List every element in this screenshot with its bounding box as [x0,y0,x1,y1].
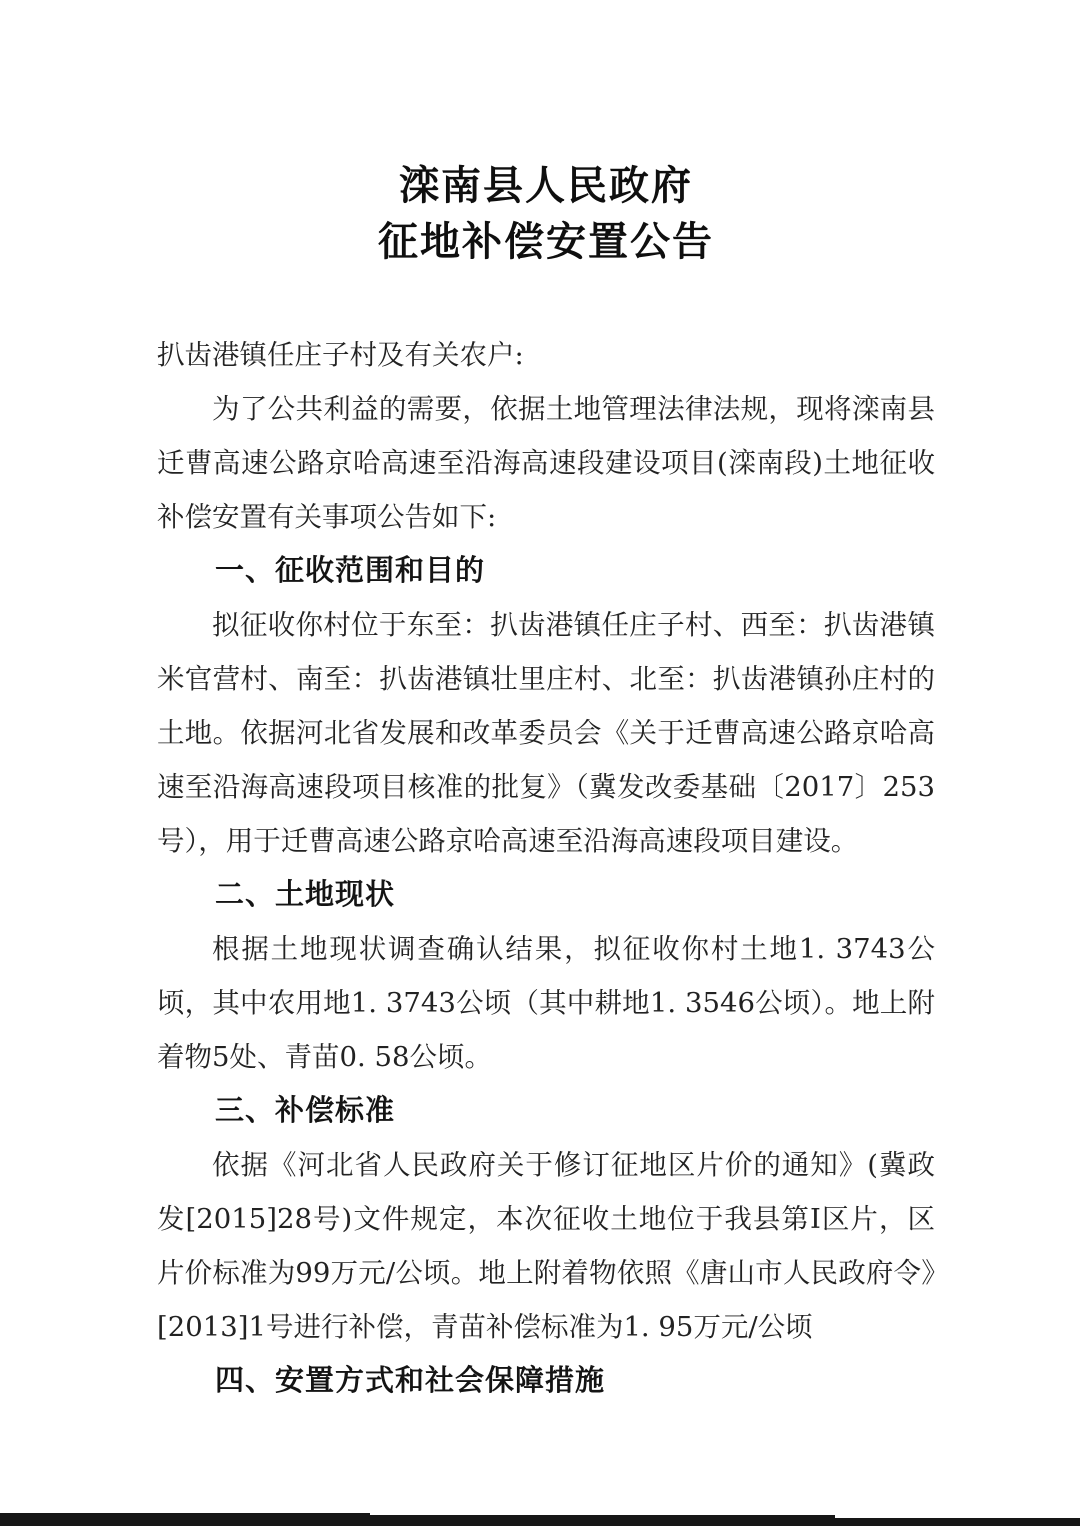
section-2-paragraph: 根据土地现状调查确认结果，拟征收你村土地1. 3743公顷，其中农用地1. 37… [157,922,935,1084]
title-line-2: 征地补偿安置公告 [157,214,935,270]
document-body: 扒齿港镇任庄子村及有关农户: 为了公共利益的需要，依据土地管理法律法规，现将滦南… [157,328,935,1408]
scanned-document-page: 滦南县人民政府 征地补偿安置公告 扒齿港镇任庄子村及有关农户: 为了公共利益的需… [0,0,1080,1526]
section-3-paragraph: 依据《河北省人民政府关于修订征地区片价的通知》(冀政发[2015]28号)文件规… [157,1138,935,1354]
title-line-1: 滦南县人民政府 [157,158,935,214]
salutation: 扒齿港镇任庄子村及有关农户: [157,328,935,382]
document-title: 滦南县人民政府 征地补偿安置公告 [157,158,935,270]
section-1-paragraph: 拟征收你村位于东至：扒齿港镇任庄子村、西至：扒齿港镇米官营村、南至：扒齿港镇壮里… [157,598,935,868]
section-3-heading: 三、补偿标准 [157,1084,935,1138]
section-1-heading: 一、征收范围和目的 [157,544,935,598]
section-4-heading: 四、安置方式和社会保障措施 [157,1354,935,1408]
intro-paragraph: 为了公共利益的需要，依据土地管理法律法规，现将滦南县迁曹高速公路京哈高速至沿海高… [157,382,935,544]
scanned-page-bottom-edge [0,1512,1080,1526]
scan-edge-segment [0,1513,370,1526]
section-2-heading: 二、土地现状 [157,868,935,922]
document-content: 滦南县人民政府 征地补偿安置公告 扒齿港镇任庄子村及有关农户: 为了公共利益的需… [157,0,935,1408]
